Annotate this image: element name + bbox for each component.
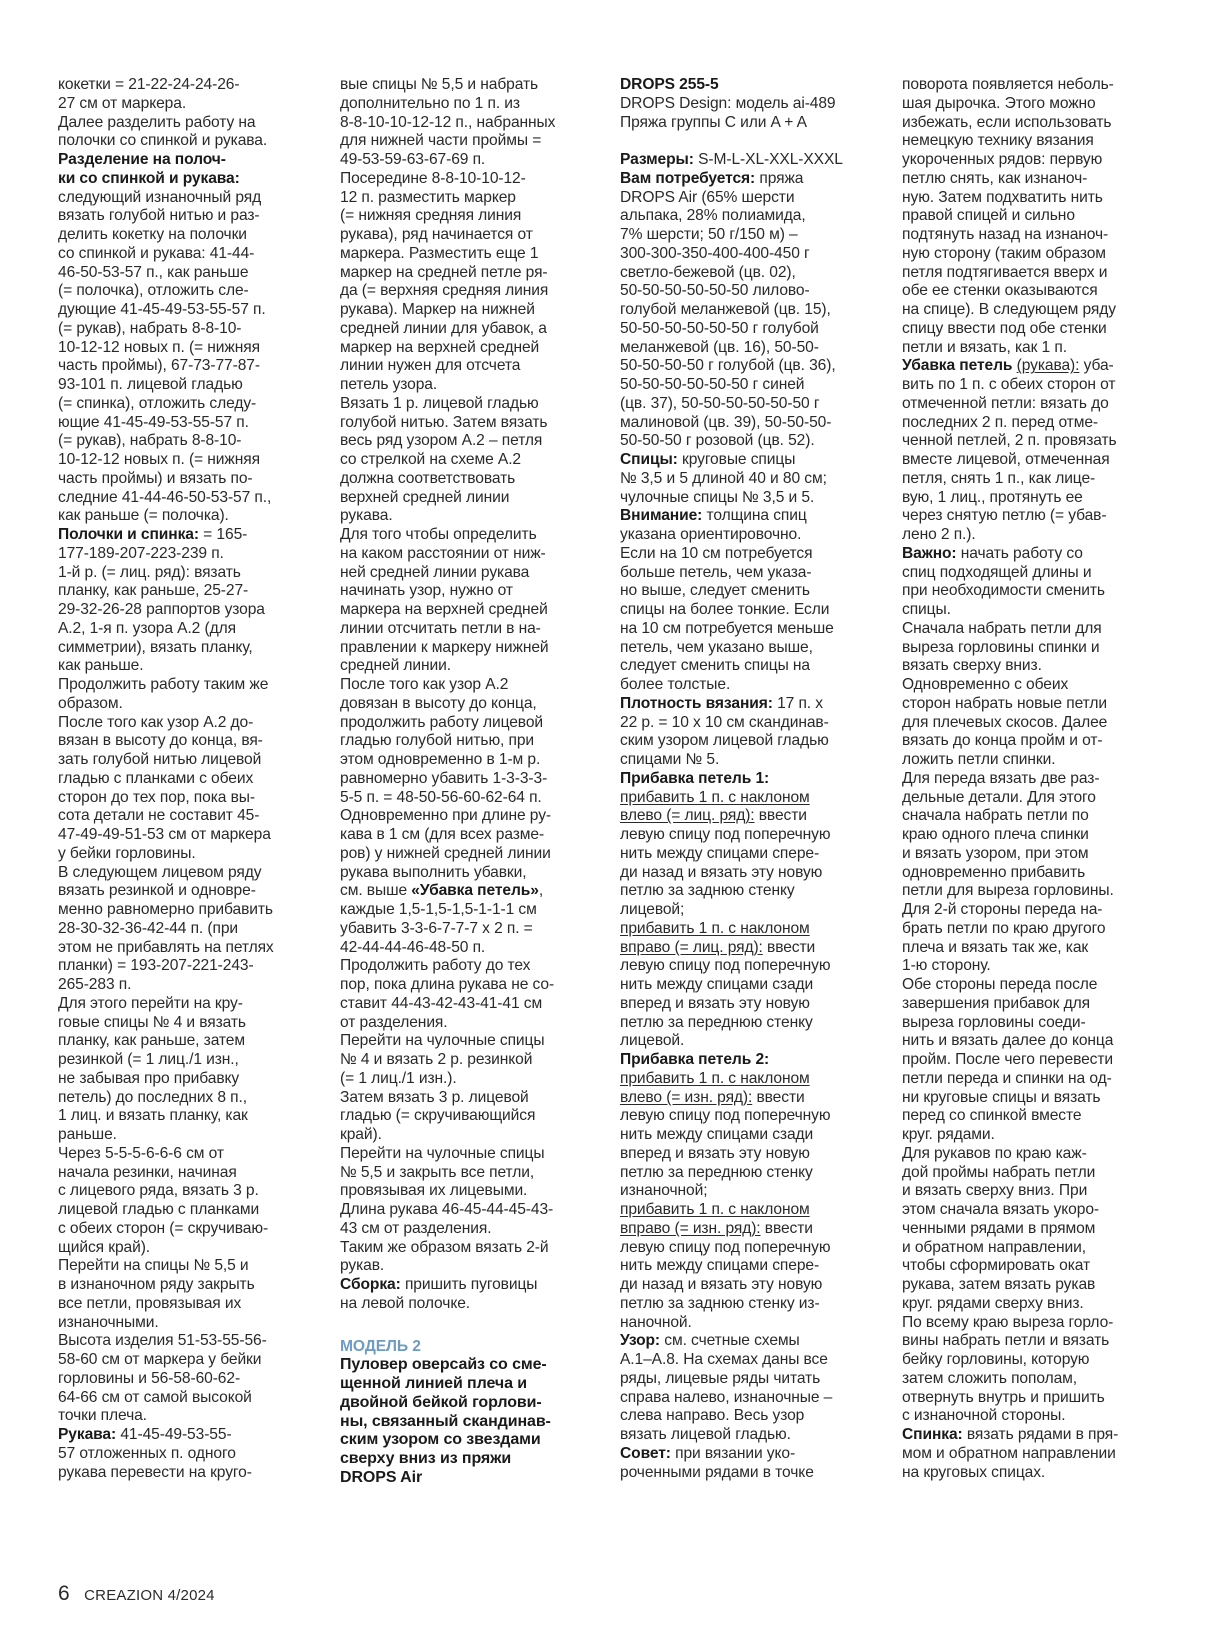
text-line: маркера. Разместить еще 1: [340, 245, 602, 264]
text-line: Продолжить работу таким же: [58, 676, 320, 695]
text-line: немецкую технику вязания: [902, 132, 1164, 151]
text-run: отвернуть внутрь и пришить: [902, 1389, 1105, 1406]
text-run: на спице). В следующем ряду: [902, 301, 1116, 318]
text-line: маркера на верхней средней: [340, 601, 602, 620]
text-run: ров) у нижней средней линии: [340, 845, 551, 862]
text-run: у бейки горловины.: [58, 845, 196, 862]
text-run: 57 отложенных п. одного: [58, 1445, 236, 1462]
text-line: у бейки горловины.: [58, 845, 320, 864]
text-line: симметрии), вязать планку,: [58, 639, 320, 658]
text-run: чтобы сформировать окат: [902, 1257, 1090, 1274]
text-run: петлю за переднюю стенку: [620, 1014, 813, 1031]
text-line: круг. рядами сверху вниз.: [902, 1295, 1164, 1314]
model-2-label: МОДЕЛЬ 2: [340, 1338, 602, 1357]
text-run: пришить пуговицы: [401, 1276, 538, 1293]
text-line: Спинка: вязать рядами в пря-: [902, 1426, 1164, 1445]
text-run: левую спицу под поперечную: [620, 826, 830, 843]
text-line: вины набрать петли и вязать: [902, 1332, 1164, 1351]
text-run: Обе стороны переда после: [902, 976, 1097, 993]
text-run: мом и обратном направлении: [902, 1445, 1116, 1462]
spacer: [620, 132, 882, 151]
text-run: равномерно убавить 1-3-3-3-: [340, 770, 547, 787]
text-line: изнаночной;: [620, 1182, 882, 1201]
text-run: 50-50-50-50 г голубой (цв. 36),: [620, 357, 836, 374]
text-run: Одновременно при длине ру-: [340, 807, 551, 824]
text-run: сота детали не составит 45-: [58, 807, 259, 824]
text-line: левую спицу под поперечную: [620, 826, 882, 845]
text-run: роченными рядами в точке: [620, 1464, 814, 1481]
bold-heading: Прибавка петель 2:: [620, 1051, 769, 1068]
text-run: голубой меланжевой (цв. 15),: [620, 301, 831, 318]
text-run: Перейти на спицы № 5,5 и: [58, 1257, 249, 1274]
text-line: вязать лицевой гладью.: [620, 1426, 882, 1445]
text-line: Длина рукава 46-45-44-45-43-: [340, 1201, 602, 1220]
model-2-title: Пуловер оверсайз со сме-щенной линией пл…: [340, 1356, 602, 1487]
text-run: краю одного плеча спинки: [902, 826, 1089, 843]
text-line: 8-8-10-10-12-12 п., набранных: [340, 114, 602, 133]
text-run: 22 р. = 10 х 10 см скандинав-: [620, 714, 829, 731]
text-line: 29-32-26-28 раппортов узора: [58, 601, 320, 620]
text-run: начала резинки, начиная: [58, 1164, 237, 1181]
text-run: последних 2 п. перед отме-: [902, 414, 1098, 431]
text-line: сначала набрать петли по: [902, 807, 1164, 826]
text-line: обе ее стенки оказываются: [902, 282, 1164, 301]
text-run: круговые спицы: [678, 451, 796, 468]
text-run: ную. Затем подхватить нить: [902, 189, 1103, 206]
text-run: плеча и вязать так же, как: [902, 939, 1088, 956]
text-run: 93-101 п. лицевой гладью: [58, 376, 243, 393]
text-line: вправо (= лиц. ряд): ввести: [620, 939, 882, 958]
text-run: рукав.: [340, 1257, 384, 1274]
text-run: Для 2-й стороны переда на-: [902, 901, 1102, 918]
text-run: продолжить работу лицевой: [340, 714, 543, 731]
bold-heading: ки со спинкой и рукава:: [58, 170, 240, 187]
text-line: роченными рядами в точке: [620, 1464, 882, 1483]
text-line: Прибавка петель 1:: [620, 770, 882, 789]
text-line: полочки со спинкой и рукава.: [58, 132, 320, 151]
text-run: левую спицу под поперечную: [620, 1239, 830, 1256]
text-run: 43 см от разделения.: [340, 1220, 491, 1237]
text-run: образом.: [58, 695, 123, 712]
text-run: Сначала набрать петли для: [902, 620, 1102, 637]
text-line: 10-12-12 новых п. (= нижняя: [58, 339, 320, 358]
text-line: 50-50-50-50-50-50 г голубой: [620, 320, 882, 339]
text-line: начинать узор, нужно от: [340, 582, 602, 601]
text-line: 28-30-32-36-42-44 п. (при: [58, 920, 320, 939]
text-line: нить между спицами сзади: [620, 1126, 882, 1145]
text-run: спицами № 5.: [620, 751, 719, 768]
text-line: нить между спицами спере-: [620, 1257, 882, 1276]
text-run: сторон до тех пор, пока вы-: [58, 789, 255, 806]
text-run: пройм. После чего перевести: [902, 1051, 1113, 1068]
text-line: начала резинки, начиная: [58, 1164, 320, 1183]
text-line: завершения прибавок для: [902, 995, 1164, 1014]
text-line: левую спицу под поперечную: [620, 957, 882, 976]
text-run: планки) = 193-207-221-243-: [58, 957, 254, 974]
model-title-line: сверху вниз из пряжи: [340, 1450, 602, 1469]
text-run: щийся край).: [58, 1239, 150, 1256]
text-run: рукава), ряд начинается от: [340, 226, 533, 243]
text-line: и вязать узором, при этом: [902, 845, 1164, 864]
text-run: DROPS Air (65% шерсти: [620, 189, 794, 206]
text-run: ченной петлей, 2 п. провязать: [902, 432, 1117, 449]
text-run: сторон набрать новые петли: [902, 695, 1107, 712]
text-line: Для 2-й стороны переда на-: [902, 901, 1164, 920]
text-line: лицевой;: [620, 901, 882, 920]
bold-heading: Сборка:: [340, 1276, 401, 1293]
text-run: кокетки = 21-22-24-24-26-: [58, 76, 239, 93]
text-run: провязывая их лицевыми.: [340, 1182, 527, 1199]
text-run: немецкую технику вязания: [902, 132, 1094, 149]
text-line: гладью голубой нитью, при: [340, 732, 602, 751]
text-run: средней линии для убавок, а: [340, 320, 547, 337]
text-line: пройм. После чего перевести: [902, 1051, 1164, 1070]
text-line: ней средней линии рукава: [340, 564, 602, 583]
text-line: равномерно убавить 1-3-3-3-: [340, 770, 602, 789]
text-run: вязать рядами в пря-: [963, 1426, 1119, 1443]
text-line: в изнаночном ряду закрыть: [58, 1276, 320, 1295]
text-run: 7% шерсти; 50 г/150 м) –: [620, 226, 798, 243]
text-run: и вязать сверху вниз. При: [902, 1182, 1087, 1199]
text-run: левую спицу под поперечную: [620, 957, 830, 974]
text-line: Вам потребуется: пряжа: [620, 170, 882, 189]
text-line: ки со спинкой и рукава:: [58, 170, 320, 189]
text-run: со стрелкой на схеме А.2: [340, 451, 521, 468]
text-run: на 10 см потребуется меньше: [620, 620, 834, 637]
text-run: линии отсчитать петли в на-: [340, 620, 541, 637]
text-run: раньше.: [58, 1126, 117, 1143]
text-column-2: вые спицы № 5,5 и набратьдополнительно п…: [340, 76, 602, 1488]
text-line: вперед и вязать эту новую: [620, 1145, 882, 1164]
text-line: гладью (= скручивающийся: [340, 1107, 602, 1126]
text-run: вместе лицевой, отмеченная: [902, 451, 1110, 468]
text-run: указана ориентировочно.: [620, 526, 801, 543]
text-line: круг. рядами.: [902, 1126, 1164, 1145]
text-line: рукав.: [340, 1257, 602, 1276]
text-line: петли переда и спинки на од-: [902, 1070, 1164, 1089]
text-run: № 5,5 и закрыть все петли,: [340, 1164, 534, 1181]
text-run: 12 п. разместить маркер: [340, 189, 516, 206]
text-run: ди назад и вязать эту новую: [620, 1276, 822, 1293]
text-run: см. выше: [340, 882, 411, 899]
text-run: ложить петли спинки.: [902, 751, 1055, 768]
text-run: нить между спицами сзади: [620, 976, 813, 993]
text-run: подтянуть назад на изнаноч-: [902, 226, 1108, 243]
text-column-3: DROPS 255-5 DROPS Design: модель ai-489 …: [620, 76, 882, 1482]
text-line: слева направо. Весь узор: [620, 1407, 882, 1426]
text-line: средней линии для убавок, а: [340, 320, 602, 339]
text-run: 8-8-10-10-12-12 п., набранных: [340, 114, 555, 131]
text-line: образом.: [58, 695, 320, 714]
text-line: Вязать 1 р. лицевой гладью: [340, 395, 602, 414]
text-run: 1-й р. (= лиц. ряд): вязать: [58, 564, 241, 581]
text-line: бейку горловины, которую: [902, 1351, 1164, 1370]
text-line: линии отсчитать петли в на-: [340, 620, 602, 639]
text-run: А.2, 1-я п. узора А.2 (для: [58, 620, 236, 637]
text-run: вязать голубой нитью и раз-: [58, 207, 260, 224]
text-run: петлю за заднюю стенку из-: [620, 1295, 820, 1312]
text-line: ченной петлей, 2 п. провязать: [902, 432, 1164, 451]
text-run: 10-12-12 новых п. (= нижняя: [58, 451, 260, 468]
text-line: вязать сверху вниз.: [902, 657, 1164, 676]
text-run: спицу ввести под обе стенки: [902, 320, 1107, 337]
text-line: дополнительно по 1 п. из: [340, 95, 602, 114]
text-line: зать голубой нитью лицевой: [58, 751, 320, 770]
text-run: кава в 1 см (для всех разме-: [340, 826, 544, 843]
text-line: вязать голубой нитью и раз-: [58, 207, 320, 226]
text-run: менно равномерно прибавить: [58, 901, 273, 918]
bold-heading: Внимание:: [620, 507, 702, 524]
text-run: ную сторону (таким образом: [902, 245, 1106, 262]
model-title-line: Пуловер оверсайз со сме-: [340, 1356, 602, 1375]
text-run: (= рукав), набрать 8-8-10-: [58, 320, 241, 337]
text-run: каждые 1,5-1,5-1,5-1-1-1 см: [340, 901, 537, 918]
text-run: 27 см от маркера.: [58, 95, 186, 112]
text-line: рукава перевести на круго-: [58, 1464, 320, 1483]
text-run: при вязании уко-: [671, 1445, 795, 1462]
text-run: рукава). Маркер на нижней: [340, 301, 535, 318]
text-run: лено 2 п.).: [902, 526, 976, 543]
text-line: Обе стороны переда после: [902, 976, 1164, 995]
text-line: петель, чем указано выше,: [620, 639, 882, 658]
text-run: нить между спицами спере-: [620, 1257, 819, 1274]
model-title-line: щенной линией плеча и: [340, 1375, 602, 1394]
text-run: А.1–А.8. На схемах даны все: [620, 1351, 828, 1368]
text-line: провязывая их лицевыми.: [340, 1182, 602, 1201]
text-line: со стрелкой на схеме А.2: [340, 451, 602, 470]
text-line: менно равномерно прибавить: [58, 901, 320, 920]
text-line: укороченных рядов: первую: [902, 151, 1164, 170]
text-run: с обеих сторон (= скручиваю-: [58, 1220, 268, 1237]
text-line: да (= верхняя средняя линия: [340, 282, 602, 301]
text-line: одновременно прибавить: [902, 864, 1164, 883]
text-line: отвернуть внутрь и пришить: [902, 1389, 1164, 1408]
text-run: = 165-: [199, 526, 247, 543]
text-line: ченными рядами в прямом: [902, 1220, 1164, 1239]
text-line: Полочки и спинка: = 165-: [58, 526, 320, 545]
underlined-term: прибавить 1 п. с наклоном: [620, 920, 810, 937]
pattern-code: DROPS 255-5: [620, 76, 882, 95]
text-run: рукава, затем вязать рукав: [902, 1276, 1095, 1293]
text-line: рукава). Маркер на нижней: [340, 301, 602, 320]
text-run: петель) до последних 8 п.,: [58, 1089, 247, 1106]
text-run: все петли, провязывая их: [58, 1295, 241, 1312]
text-run: меланжевой (цв. 16), 50-50-: [620, 339, 819, 356]
text-run: да (= верхняя средняя линия: [340, 282, 548, 299]
model-title-line: DROPS Air: [340, 1469, 602, 1488]
text-run: (= рукав), набрать 8-8-10-: [58, 432, 241, 449]
text-run: Перейти на чулочные спицы: [340, 1032, 544, 1049]
text-line: перед со спинкой вместе: [902, 1107, 1164, 1126]
magazine-issue: CREAZION 4/2024: [84, 1587, 215, 1604]
text-run: 29-32-26-28 раппортов узора: [58, 601, 265, 618]
text-line: край).: [340, 1126, 602, 1145]
text-line: нить и вязать далее до конца: [902, 1032, 1164, 1051]
text-line: ни круговые спицы и вязать: [902, 1089, 1164, 1108]
text-run: горловины и 56-58-60-62-: [58, 1370, 240, 1387]
bold-heading: Полочки и спинка:: [58, 526, 199, 543]
spacer: [340, 1314, 602, 1338]
text-line: делить кокетку на полочки: [58, 226, 320, 245]
text-line: 300-300-350-400-400-450 г: [620, 245, 882, 264]
text-run: 42-44-44-46-48-50 п.: [340, 939, 485, 956]
text-run: через снятую петлю (= убав-: [902, 507, 1106, 524]
text-line: выреза горловины спинки и: [902, 639, 1164, 658]
text-line: прибавить 1 п. с наклоном: [620, 1201, 882, 1220]
text-line: рукава.: [340, 507, 602, 526]
text-line: 42-44-44-46-48-50 п.: [340, 939, 602, 958]
text-run: вперед и вязать эту новую: [620, 1145, 810, 1162]
text-line: часть проймы), 67-73-77-87-: [58, 357, 320, 376]
text-run: на круговых спицах.: [902, 1464, 1045, 1481]
text-run: петель, чем указано выше,: [620, 639, 813, 656]
text-line: верхней средней линии: [340, 489, 602, 508]
text-run: бейку горловины, которую: [902, 1351, 1089, 1368]
text-run: 58-60 см от маркера у бейки: [58, 1351, 261, 1368]
text-line: № 3,5 и 5 длиной 40 и 80 см;: [620, 470, 882, 489]
text-line: следует сменить спицы на: [620, 657, 882, 676]
text-run: маркер на верхней средней: [340, 339, 539, 356]
text-line: 50-50-50 г розовой (цв. 52).: [620, 432, 882, 451]
text-run: поворота появляется неболь-: [902, 76, 1114, 93]
text-run: верхней средней линии: [340, 489, 509, 506]
text-line: часть проймы) и вязать по-: [58, 470, 320, 489]
text-run: малиновой (цв. 39), 50-50-50-: [620, 414, 831, 431]
text-line: маркер на средней петле ря-: [340, 264, 602, 283]
text-run: ней средней линии рукава: [340, 564, 529, 581]
text-run: рукава выполнить убавки,: [340, 864, 527, 881]
text-line: выреза горловины соеди-: [902, 1014, 1164, 1033]
design-model: DROPS Design: модель ai-489: [620, 95, 882, 114]
text-run: как раньше (= полочка).: [58, 507, 229, 524]
text-run: изнаночными.: [58, 1314, 159, 1331]
text-run: Вязать 1 р. лицевой гладью: [340, 395, 539, 412]
text-line: Одновременно при длине ру-: [340, 807, 602, 826]
text-run: весь ряд узором А.2 – петля: [340, 432, 542, 449]
text-line: последних 2 п. перед отме-: [902, 414, 1164, 433]
text-line: спиц подходящей длины и: [902, 564, 1164, 583]
text-line: Убавка петель (рукава): уба-: [902, 357, 1164, 376]
text-line: Разделение на полоч-: [58, 151, 320, 170]
text-run: 64-66 см от самой высокой: [58, 1389, 252, 1406]
text-line: 7% шерсти; 50 г/150 м) –: [620, 226, 882, 245]
text-line: не забывая про прибавку: [58, 1070, 320, 1089]
text-run: Таким же образом вязать 2-й: [340, 1239, 549, 1256]
text-run: ди назад и вязать эту новую: [620, 864, 822, 881]
text-run: пор, пока длина рукава не со-: [340, 976, 554, 993]
text-line: ди назад и вязать эту новую: [620, 1276, 882, 1295]
text-line: Далее разделить работу на: [58, 114, 320, 133]
text-run: вязан в высоту до конца, вя-: [58, 732, 263, 749]
text-line: влево (= лиц. ряд): ввести: [620, 807, 882, 826]
text-line: Продолжить работу до тех: [340, 957, 602, 976]
text-line: на 10 см потребуется меньше: [620, 620, 882, 639]
text-line: лено 2 п.).: [902, 526, 1164, 545]
text-column-4: поворота появляется неболь-шая дырочка. …: [902, 76, 1164, 1482]
underlined-term: прибавить 1 п. с наклоном: [620, 1070, 810, 1087]
text-line: с изнаночной стороны.: [902, 1407, 1164, 1426]
text-line: и обратном направлении,: [902, 1239, 1164, 1258]
text-run: слева направо. Весь узор: [620, 1407, 804, 1424]
text-run: пряжа: [755, 170, 803, 187]
text-run: вую, 1 лиц., протянуть ее: [902, 489, 1083, 506]
text-run: (= спинка), отложить следу-: [58, 395, 256, 412]
text-run: В следующем лицевом ряду: [58, 864, 261, 881]
text-run: петля, снять 1 п., как лице-: [902, 470, 1095, 487]
text-run: Если на 10 см потребуется: [620, 545, 812, 562]
text-run: полочки со спинкой и рукава.: [58, 132, 267, 149]
underlined-term: прибавить 1 п. с наклоном: [620, 1201, 810, 1218]
text-run: Посередине 8-8-10-10-12-: [340, 170, 526, 187]
text-line: Для этого перейти на кру-: [58, 995, 320, 1014]
text-run: уба-: [1079, 357, 1113, 374]
bold-heading: Плотность вязания:: [620, 695, 773, 712]
text-run: ским узором лицевой гладью: [620, 732, 829, 749]
text-line: средней линии.: [340, 657, 602, 676]
text-run: петля подтягивается вверх и: [902, 264, 1107, 281]
text-run: 47-49-49-51-53 см от маркера: [58, 826, 271, 843]
text-run: маркера. Разместить еще 1: [340, 245, 538, 262]
text-line: больше петель, чем указа-: [620, 564, 882, 583]
text-line: 1-й р. (= лиц. ряд): вязать: [58, 564, 320, 583]
model-title-line: двойной бейкой горлови-: [340, 1394, 602, 1413]
text-run: начинать узор, нужно от: [340, 582, 513, 599]
text-line: 46-50-53-57 п., как раньше: [58, 264, 320, 283]
text-run: вить по 1 п. с обеих сторон от: [902, 376, 1115, 393]
text-run: 50-50-50 г розовой (цв. 52).: [620, 432, 815, 449]
text-run: 41-45-49-53-55-: [116, 1426, 231, 1443]
text-run: для плечевых скосов. Далее: [902, 714, 1107, 731]
text-line: рукава), ряд начинается от: [340, 226, 602, 245]
text-run: S-M-L-XL-XXL-XXXL: [694, 151, 843, 168]
text-run: (= полочка), отложить сле-: [58, 282, 249, 299]
text-line: говые спицы № 4 и вязать: [58, 1014, 320, 1033]
text-line: пор, пока длина рукава не со-: [340, 976, 602, 995]
text-line: дующие 41-45-49-53-55-57 п.: [58, 301, 320, 320]
text-line: ряды, лицевые ряды читать: [620, 1370, 882, 1389]
text-run: вперед и вязать эту новую: [620, 995, 810, 1012]
text-run: убавить 3-3-6-7-7-7 х 2 п. =: [340, 920, 533, 937]
bold-heading: «Убавка петель»: [411, 882, 539, 899]
text-run: вые спицы № 5,5 и набрать: [340, 76, 538, 93]
text-line: но выше, следует сменить: [620, 582, 882, 601]
text-line: 58-60 см от маркера у бейки: [58, 1351, 320, 1370]
text-line: Таким же образом вязать 2-й: [340, 1239, 602, 1258]
text-run: и обратном направлении,: [902, 1239, 1086, 1256]
text-run: вины набрать петли и вязать: [902, 1332, 1109, 1349]
text-line: вую, 1 лиц., протянуть ее: [902, 489, 1164, 508]
text-line: правлении к маркеру нижней: [340, 639, 602, 658]
text-run: для нижней части проймы =: [340, 132, 541, 149]
text-run: 50-50-50-50-50-50 г синей: [620, 376, 804, 393]
text-line: вязан в высоту до конца, вя-: [58, 732, 320, 751]
text-run: 17 п. х: [773, 695, 823, 712]
text-line: на каком расстоянии от ниж-: [340, 545, 602, 564]
bold-heading: Разделение на полоч-: [58, 151, 226, 168]
text-line: альпака, 28% полиамида,: [620, 207, 882, 226]
text-run: № 3,5 и 5 длиной 40 и 80 см;: [620, 470, 827, 487]
text-line: гладью с планками с обеих: [58, 770, 320, 789]
text-line: меланжевой (цв. 16), 50-50-: [620, 339, 882, 358]
text-line: вместе лицевой, отмеченная: [902, 451, 1164, 470]
text-line: лицевой гладью с планками: [58, 1201, 320, 1220]
text-line: (= рукав), набрать 8-8-10-: [58, 320, 320, 339]
text-line: наночной.: [620, 1314, 882, 1333]
text-line: спицами № 5.: [620, 751, 882, 770]
text-run: 50-50-50-50-50-50 г голубой: [620, 320, 819, 337]
text-run: зать голубой нитью лицевой: [58, 751, 261, 768]
text-line: чтобы сформировать окат: [902, 1257, 1164, 1276]
